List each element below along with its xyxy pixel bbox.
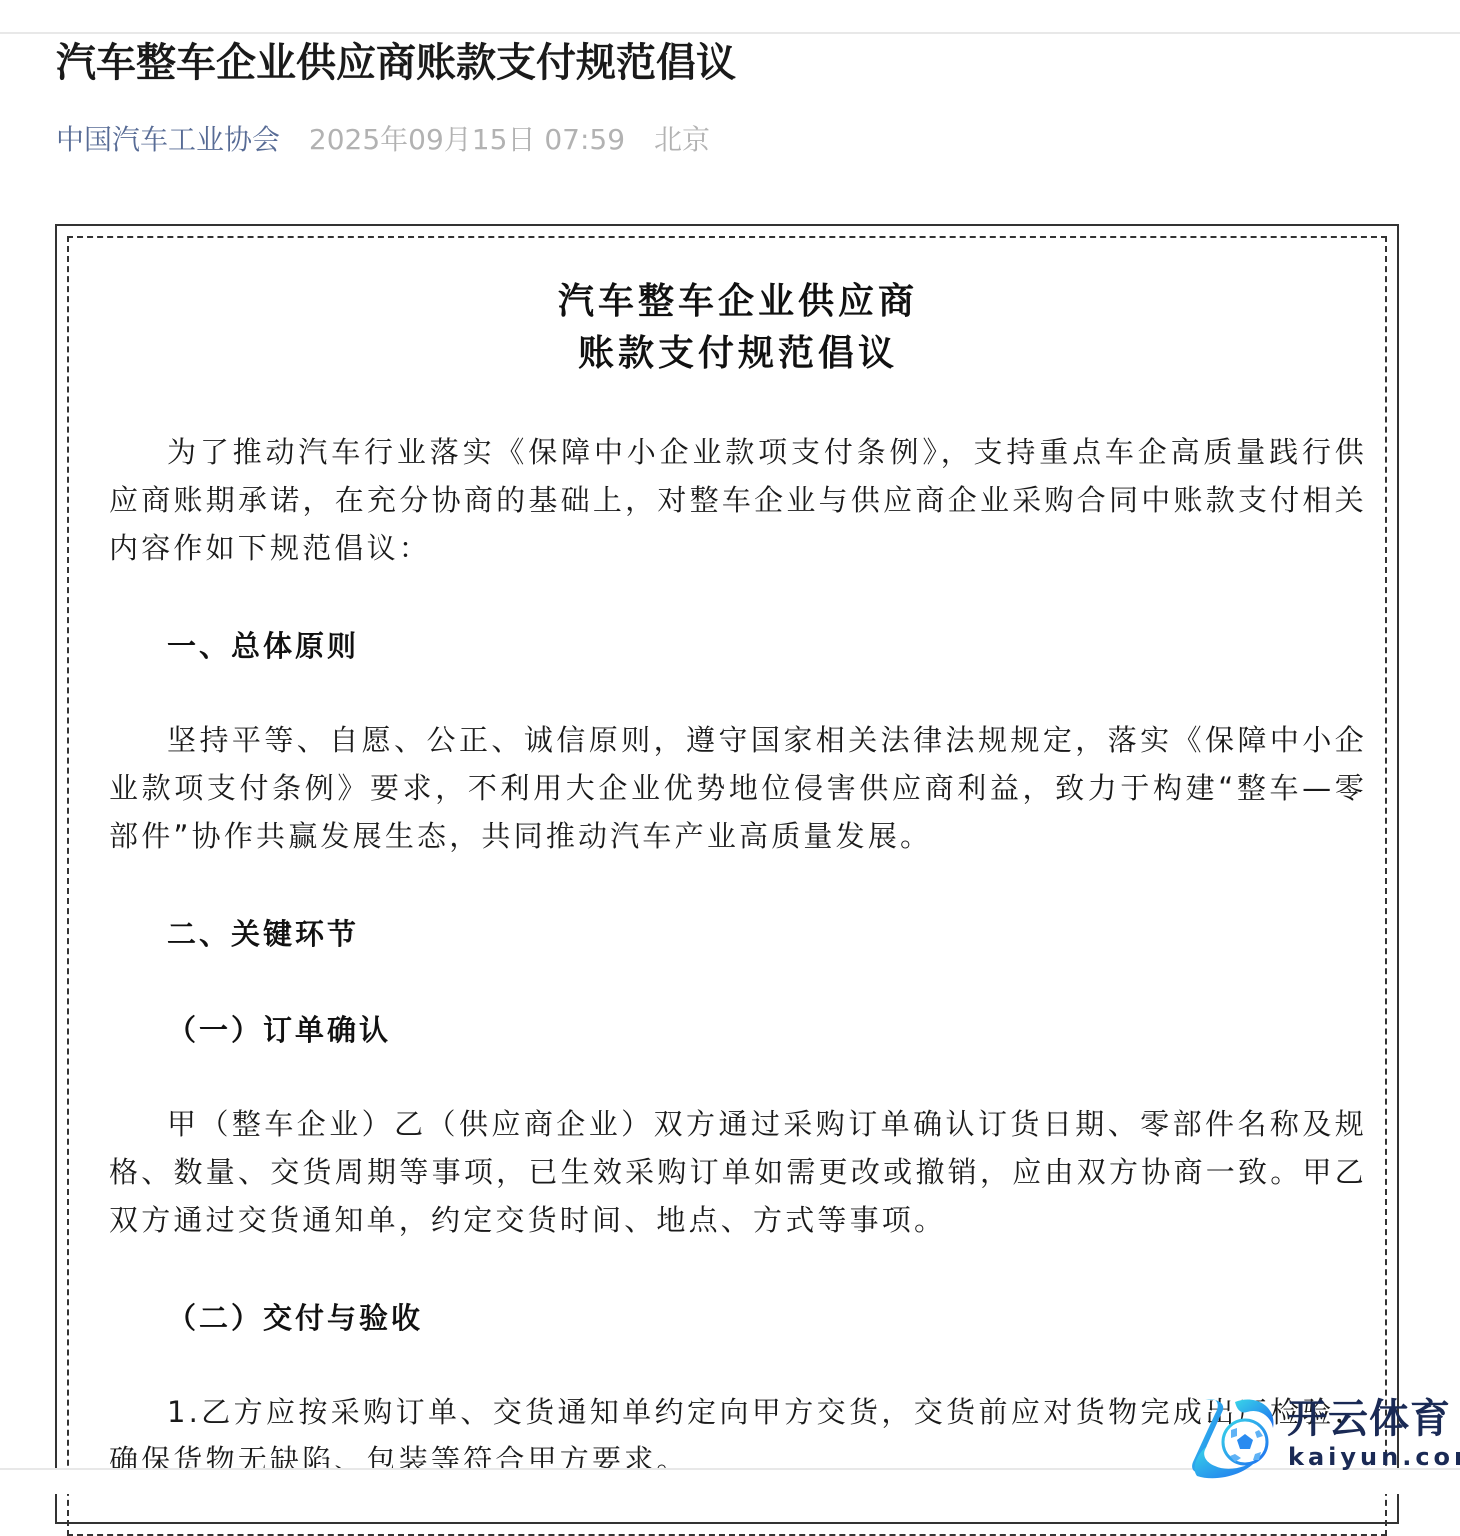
section-title-key-links: 二、关键环节 — [167, 910, 359, 958]
watermark-brand-en: kaiyun.com — [1288, 1442, 1460, 1472]
watermark-brand-cn: 开云体育 — [1287, 1396, 1451, 1442]
top-divider — [0, 32, 1460, 34]
subsection-title-delivery-acceptance: （二）交付与验收 — [167, 1294, 423, 1342]
publish-date: 2025年09月15日 07:59 — [309, 123, 625, 156]
watermark-logo: 开云体育 kaiyun.com — [1175, 1392, 1455, 1482]
document-heading-line-2: 账款支付规范倡议 — [109, 328, 1367, 380]
section-title-general-principles: 一、总体原则 — [167, 622, 359, 670]
document-frame: 汽车整车企业供应商 账款支付规范倡议 为了推动汽车行业落实《保障中小企业款项支付… — [55, 224, 1399, 1494]
source-account-link[interactable]: 中国汽车工业协会 — [56, 123, 280, 156]
document-heading-line-1: 汽车整车企业供应商 — [109, 276, 1367, 328]
intro-paragraph: 为了推动汽车行业落实《保障中小企业款项支付条例》，支持重点车企高质量践行供应商账… — [109, 428, 1367, 572]
general-principles-paragraph: 坚持平等、自愿、公正、诚信原则，遵守国家相关法律法规规定，落实《保障中小企业款项… — [109, 716, 1367, 860]
publish-location: 北京 — [654, 123, 710, 156]
order-confirmation-paragraph: 甲（整车企业）乙（供应商企业）双方通过采购订单确认订货日期、零部件名称及规格、数… — [109, 1100, 1367, 1244]
document-inner-dashed-border: 汽车整车企业供应商 账款支付规范倡议 为了推动汽车行业落实《保障中小企业款项支付… — [67, 236, 1387, 1494]
subsection-title-order-confirmation: （一）订单确认 — [167, 1006, 391, 1054]
article-meta: 中国汽车工业协会 2025年09月15日 07:59 北京 — [56, 120, 710, 160]
soccer-ball-k-logo-icon — [1175, 1392, 1285, 1482]
document-heading: 汽车整车企业供应商 账款支付规范倡议 — [109, 276, 1367, 380]
article-title: 汽车整车企业供应商账款支付规范倡议 — [56, 38, 736, 88]
